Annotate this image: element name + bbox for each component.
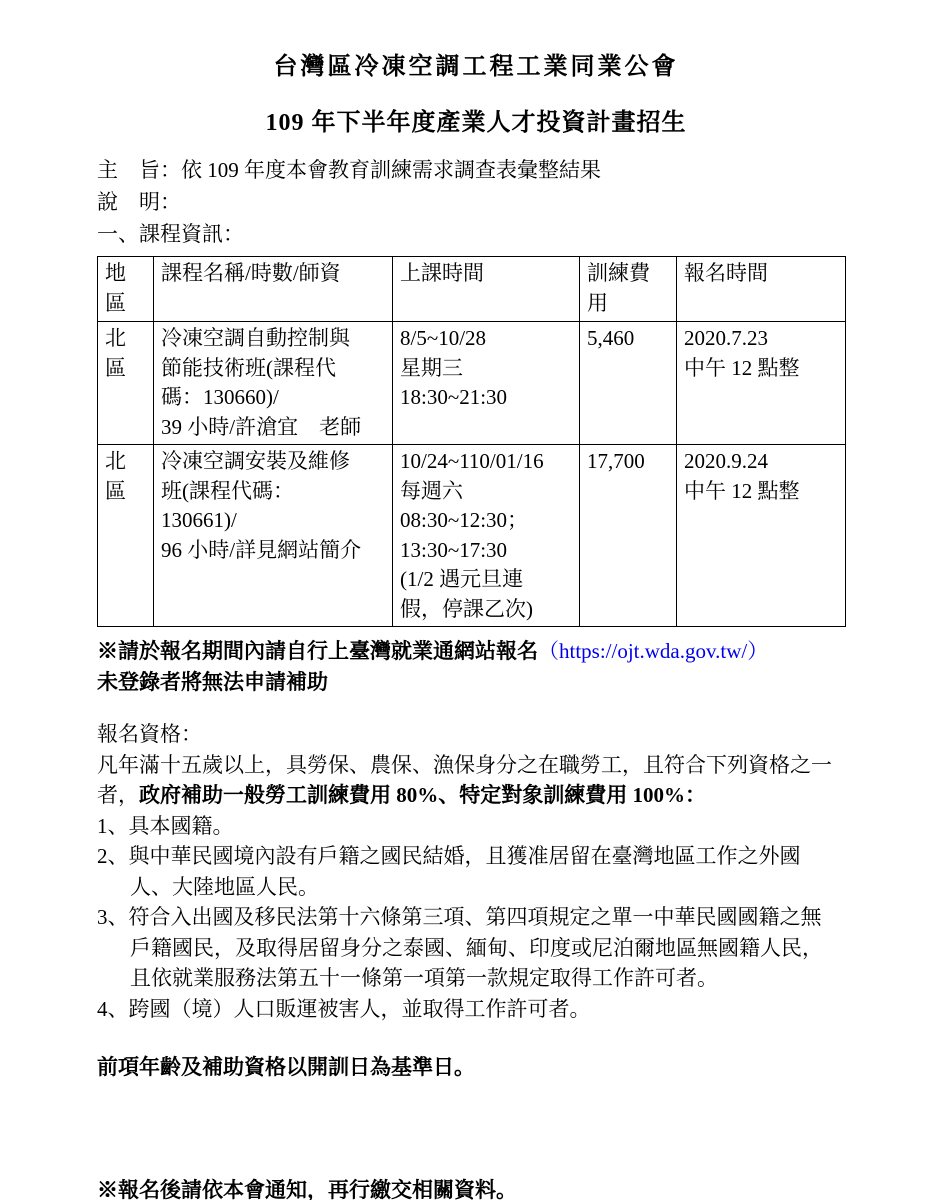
course-table-header-row: 地區 課程名稱/時數/師資 上課時間 訓練費用 報名時間 <box>98 257 846 322</box>
cell-region: 北區 <box>98 322 154 445</box>
cell-course: 冷凍空調安裝及維修 班(課程代碼： 130661)/ 96 小時/詳見網站簡介 <box>154 445 393 627</box>
section-heading-course-info: 一、課程資訊： <box>97 218 855 250</box>
list-item: 3、符合入出國及移民法第十六條第三項、第四項規定之單一中華民國國籍之無 戶籍國民… <box>97 902 855 994</box>
registration-note-line2: 未登錄者將無法申請補助 <box>97 670 328 694</box>
header-cell-region: 地區 <box>98 257 154 322</box>
table-row: 北區 冷凍空調自動控制與 節能技術班(課程代 碼：130660)/ 39 小時/… <box>98 322 846 445</box>
subject-line: 主 旨：依 109 年度本會教育訓練需求調查表彙整結果 <box>97 154 855 186</box>
cell-fee: 5,460 <box>580 322 677 445</box>
qualifications-intro-line2: 者，政府補助一般勞工訓練費用 80%、特定對象訓練費用 100%： <box>97 780 855 811</box>
header-cell-course: 課程名稱/時數/師資 <box>154 257 393 322</box>
registration-note-text: ※請於報名期間內請自行上臺灣就業通網站報名 <box>97 639 538 663</box>
registration-note: ※請於報名期間內請自行上臺灣就業通網站報名（https://ojt.wda.go… <box>97 636 855 698</box>
cell-registration: 2020.7.23 中午 12 點整 <box>677 322 846 445</box>
intro-line2-bold: 政府補助一般勞工訓練費用 80%、特定對象訓練費用 100%： <box>139 783 706 807</box>
course-table: 地區 課程名稱/時數/師資 上課時間 訓練費用 報名時間 北區 冷凍空調自動控制… <box>97 256 846 627</box>
cell-schedule: 10/24~110/01/16 每週六 08:30~12:30； 13:30~1… <box>393 445 580 627</box>
cell-registration: 2020.9.24 中午 12 點整 <box>677 445 846 627</box>
qualifications-title: 報名資格： <box>97 719 855 750</box>
header-cell-schedule: 上課時間 <box>393 257 580 322</box>
table-row: 北區 冷凍空調安裝及維修 班(課程代碼： 130661)/ 96 小時/詳見網站… <box>98 445 846 627</box>
document-meta: 主 旨：依 109 年度本會教育訓練需求調查表彙整結果 說 明： 一、課程資訊： <box>97 154 855 250</box>
qualifications-intro-line1: 凡年滿十五歲以上，具勞保、農保、漁保身分之在職勞工，且符合下列資格之一 <box>97 750 855 781</box>
footer-note: ※報名後請依本會通知，再行繳交相關資料。 <box>97 1175 855 1200</box>
cell-region: 北區 <box>98 445 154 627</box>
list-item: 2、與中華民國境內設有戶籍之國民結婚，且獲准居留在臺灣地區工作之外國 人、大陸地… <box>97 841 855 902</box>
cell-fee: 17,700 <box>580 445 677 627</box>
baseline-date-note: 前項年齡及補助資格以開訓日為基準日。 <box>97 1052 855 1083</box>
qualifications-section: 報名資格： 凡年滿十五歲以上，具勞保、農保、漁保身分之在職勞工，且符合下列資格之… <box>97 719 855 1024</box>
intro-line2-normal: 者， <box>97 783 139 807</box>
header-cell-fee: 訓練費用 <box>580 257 677 322</box>
cell-schedule: 8/5~10/28 星期三 18:30~21:30 <box>393 322 580 445</box>
document-title: 109 年下半年度產業人才投資計畫招生 <box>97 108 855 138</box>
organization-title: 台灣區冷凍空調工程工業同業公會 <box>97 52 855 82</box>
list-item: 1、具本國籍。 <box>97 811 855 842</box>
ojt-website-link[interactable]: （https://ojt.wda.gov.tw/） <box>538 639 768 663</box>
header-cell-registration: 報名時間 <box>677 257 846 322</box>
list-item: 4、跨國（境）人口販運被害人，並取得工作許可者。 <box>97 994 855 1025</box>
description-line: 說 明： <box>97 186 855 218</box>
cell-course: 冷凍空調自動控制與 節能技術班(課程代 碼：130660)/ 39 小時/許滄宜… <box>154 322 393 445</box>
document-page: 台灣區冷凍空調工程工業同業公會 109 年下半年度產業人才投資計畫招生 主 旨：… <box>0 0 952 1200</box>
